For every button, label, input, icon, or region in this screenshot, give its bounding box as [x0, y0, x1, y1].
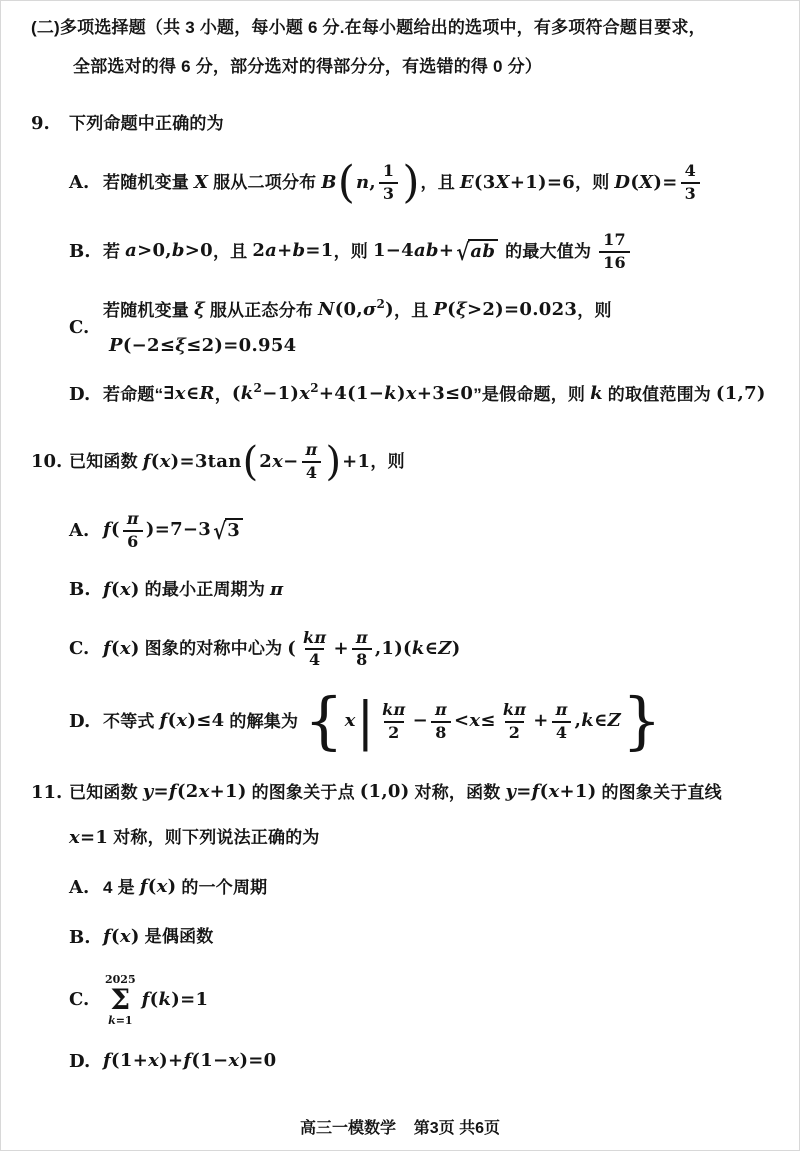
bracket-group: (2x−π4) [242, 439, 343, 484]
text-run: 若 [103, 239, 125, 265]
fraction-numerator: π [352, 629, 372, 648]
option-label: C. [69, 317, 103, 338]
math-run: kπ [303, 629, 326, 647]
text-run: 对称，函数 [410, 780, 506, 806]
option-content: f(x) 的最小正周期为 π [103, 577, 283, 603]
option-label: D. [69, 1051, 103, 1072]
option-content: f(1+x)+f(1−x)=0 [103, 1050, 276, 1073]
option-label: D. [69, 711, 103, 732]
math-run: )=7−3 [146, 519, 211, 542]
math-run: E(3X+1)=6 [460, 172, 575, 195]
question: 11.已知函数 y=f(2x+1) 的图象关于点 (1,0) 对称，函数 y=f… [31, 780, 787, 1073]
math-run: f(x) [103, 926, 140, 949]
math-run: 8 [356, 651, 367, 669]
math-run: + [333, 638, 348, 661]
math-run: 3 [227, 520, 240, 543]
text-run: ，则 [370, 449, 404, 475]
option-content: 4 是 f(x) 的一个周期 [103, 875, 267, 901]
math-run: <x≤ [454, 710, 496, 733]
math-run: 4 [309, 651, 320, 669]
fraction: π8 [431, 701, 451, 742]
open-bracket: ( [338, 164, 355, 201]
tall-bar: | [357, 700, 375, 744]
text-run: ，则 [577, 298, 611, 324]
option-row: C.若随机变量 ξ 服从正态分布 N(0,σ2)，且 P(ξ>2)=0.023，… [31, 298, 787, 358]
text-run: 对称，则下列说法正确的为 [108, 825, 319, 851]
option-row: B.f(x) 的最小正周期为 π [31, 577, 787, 603]
bracket-group: {x|kπ2−π8<x≤kπ2+π4,k∈Z} [303, 695, 662, 748]
text-run: 若命题“ [103, 382, 163, 408]
option-row: B.f(x) 是偶函数 [31, 924, 787, 950]
option-line: f(x) 图象的对称中心为 (kπ4+π8,1)(k∈Z) [103, 627, 461, 672]
math-run: ,1)(k∈Z) [375, 638, 461, 661]
superscript: 2 [310, 381, 319, 395]
question-number: 11. [31, 782, 69, 803]
question-stem-line: x=1 对称，则下列说法正确的为 [31, 825, 787, 851]
option-content: 若随机变量 X 服从二项分布 B(n,13)，且 E(3X+1)=6，则 D(X… [103, 160, 703, 205]
math-run: 4 [306, 464, 317, 482]
option-content: f(x) 图象的对称中心为 (kπ4+π8,1)(k∈Z) [103, 627, 461, 672]
option-line: f(x) 的最小正周期为 π [103, 577, 283, 603]
text-run: 服从正态分布 [205, 298, 318, 324]
option-label: D. [69, 384, 103, 405]
option-line: 4 是 f(x) 的一个周期 [103, 875, 267, 901]
math-run: ) [385, 299, 394, 322]
fraction: kπ4 [299, 629, 330, 670]
math-run: (1,0) [360, 781, 410, 804]
option-content: 若随机变量 ξ 服从正态分布 N(0,σ2)，且 P(ξ>2)=0.023，则P… [103, 298, 612, 358]
radical: √3 [213, 518, 243, 543]
math-run: 4 [556, 724, 567, 742]
math-run: 2 [509, 724, 520, 742]
option-line: f(1+x)+f(1−x)=0 [103, 1050, 276, 1073]
text-run: 的解集为 [224, 709, 303, 735]
math-run: x=1 [69, 827, 108, 850]
fraction: 43 [681, 162, 700, 203]
option-content: 2025Σk=1f(k)=1 [103, 974, 208, 1026]
math-run: π [270, 579, 283, 602]
math-run: + [533, 710, 548, 733]
exam-page: (二)多项选择题（共 3 小题，每小题 6 分.在每小题给出的选项中，有多项符合… [0, 0, 800, 1151]
fraction-denominator: 16 [599, 251, 630, 272]
superscript: 2 [377, 297, 386, 311]
close-bracket: ) [402, 164, 419, 201]
summation: 2025Σk=1 [105, 974, 136, 1026]
section-header-line1: (二)多项选择题（共 3 小题，每小题 6 分.在每小题给出的选项中，有多项符合… [31, 17, 787, 40]
text-run: 是偶函数 [140, 924, 214, 950]
question-number: 10. [31, 451, 69, 472]
text-run: ， [215, 382, 232, 408]
math-run: 1−4ab+ [373, 240, 454, 263]
math-run: f(x)≤4 [160, 710, 225, 733]
math-run: B [321, 172, 337, 195]
text-run: ”是假命题，则 [473, 382, 590, 408]
math-run: D(X)= [614, 172, 677, 195]
fraction-denominator: 2 [384, 721, 403, 742]
radical-sign-icon: √ [213, 517, 226, 545]
option-row: A.4 是 f(x) 的一个周期 [31, 875, 787, 901]
math-run: k [590, 383, 603, 406]
math-run: π [435, 701, 447, 719]
math-run: ,k∈Z [575, 710, 621, 733]
text-run: ，且 [394, 298, 433, 324]
close-bracket: } [622, 695, 661, 748]
math-run: f(x) [103, 638, 140, 661]
option-row: C.2025Σk=1f(k)=1 [31, 974, 787, 1026]
option-line: f(x) 是偶函数 [103, 924, 213, 950]
fraction-numerator: π [431, 701, 451, 720]
math-run: f(x)=3tan [143, 451, 242, 474]
bracket-group: (n,13) [337, 160, 421, 205]
text-run: ，则 [334, 239, 373, 265]
math-run: f(x) [140, 876, 177, 899]
section-header: (二)多项选择题（共 3 小题，每小题 6 分.在每小题给出的选项中，有多项符合… [31, 17, 787, 79]
option-row: C.f(x) 图象的对称中心为 (kπ4+π8,1)(k∈Z) [31, 627, 787, 672]
option-label: A. [69, 172, 103, 193]
math-run: 1 [383, 162, 394, 180]
fraction-denominator: 3 [379, 182, 398, 203]
option-row: A.f(π6)=7−3√3 [31, 508, 787, 553]
math-run: f(x) [103, 579, 140, 602]
math-run: a>0,b>0 [125, 240, 213, 263]
math-run: X [194, 172, 208, 195]
fraction: π8 [352, 629, 372, 670]
option-line: 2025Σk=1f(k)=1 [103, 974, 208, 1026]
math-run: −1)x [262, 383, 310, 406]
math-run: π [127, 510, 139, 528]
option-line: 若命题“∃x∈R，(k2−1)x2+4(1−k)x+3≤0”是假命题，则 k 的… [103, 382, 766, 408]
text-run: 的图象关于点 [247, 780, 360, 806]
fraction: kπ2 [499, 701, 530, 742]
math-run: 3 [685, 185, 696, 203]
radicand: ab [468, 239, 498, 264]
math-run: ab [470, 241, 495, 264]
option-row: A.若随机变量 X 服从二项分布 B(n,13)，且 E(3X+1)=6，则 D… [31, 160, 787, 205]
option-label: C. [69, 638, 103, 659]
option-label: C. [69, 989, 103, 1010]
text-run: 的取值范围为 [603, 382, 716, 408]
math-run: y=f(2x+1) [143, 781, 247, 804]
option-line: f(π6)=7−3√3 [103, 508, 245, 553]
math-run: x [345, 710, 356, 733]
bracket-content: x|kπ2−π8<x≤kπ2+π4,k∈Z [345, 699, 621, 744]
math-run: P(−2≤ξ≤2)=0.954 [109, 335, 297, 358]
fraction-denominator: 4 [305, 648, 324, 669]
question-stem-line: 10.已知函数 f(x)=3tan(2x−π4)+1，则 [31, 439, 787, 484]
option-label: B. [69, 579, 103, 600]
option-line: 若 a>0,b>0，且 2a+b=1，则 1−4ab+√ab 的最大值为 171… [103, 229, 633, 274]
math-run: P(ξ>2)=0.023 [433, 299, 577, 322]
summation-lower-limit: k=1 [108, 1015, 133, 1026]
text-run: ，则 [575, 170, 614, 196]
sigma-icon: Σ [110, 986, 130, 1014]
option-content: 若 a>0,b>0，且 2a+b=1，则 1−4ab+√ab 的最大值为 171… [103, 229, 633, 274]
math-run: +1 [342, 451, 370, 474]
fraction-numerator: kπ [299, 629, 330, 648]
math-run: 6 [127, 533, 138, 551]
math-run: y=f(x+1) [505, 781, 596, 804]
math-run: kπ [503, 701, 526, 719]
math-run: ∃x∈R [163, 383, 214, 406]
fraction: π6 [123, 510, 143, 551]
math-run: 17 [603, 231, 626, 249]
math-run: 2a+b=1 [252, 240, 333, 263]
superscript: 2 [254, 381, 263, 395]
fraction-numerator: π [302, 441, 322, 460]
fraction: 13 [379, 162, 398, 203]
option-content: f(x) 是偶函数 [103, 924, 213, 950]
math-run: n, [356, 172, 376, 195]
fraction-numerator: π [123, 510, 143, 529]
option-content: 若命题“∃x∈R，(k2−1)x2+4(1−k)x+3≤0”是假命题，则 k 的… [103, 382, 766, 408]
open-bracket: { [304, 695, 343, 748]
math-run: 16 [603, 254, 626, 272]
question: 9.下列命题中正确的为A.若随机变量 X 服从二项分布 B(n,13)，且 E(… [31, 111, 787, 408]
text-run: 的最小正周期为 [140, 577, 270, 603]
page-footer: 高三一模数学 第3页 共6页 [1, 1115, 799, 1138]
fraction-numerator: 1 [379, 162, 398, 181]
option-line: 若随机变量 ξ 服从正态分布 N(0,σ2)，且 P(ξ>2)=0.023，则 [103, 298, 612, 324]
text-run: 的最大值为 [500, 239, 596, 265]
option-label: A. [69, 520, 103, 541]
fraction: kπ2 [378, 701, 409, 742]
text-run: 下列命题中正确的为 [69, 111, 224, 137]
math-run: +4(1−k)x+3≤0 [319, 383, 473, 406]
math-run: f(1+x)+f(1−x)=0 [103, 1050, 276, 1073]
math-run: f(k)=1 [142, 989, 209, 1012]
fraction-denominator: 3 [681, 182, 700, 203]
bracket-content: n,13 [356, 160, 401, 205]
math-run: 2x− [259, 451, 298, 474]
math-run: 4 [685, 162, 696, 180]
option-row: B.若 a>0,b>0，且 2a+b=1，则 1−4ab+√ab 的最大值为 1… [31, 229, 787, 274]
math-run: π [306, 441, 318, 459]
fraction-denominator: 4 [552, 721, 571, 742]
text-run: 服从二项分布 [208, 170, 321, 196]
text-run: ，且 [213, 239, 252, 265]
math-run: f( [103, 519, 120, 542]
text-run: ，且 [421, 170, 460, 196]
bracket-content: 2x−π4 [259, 439, 324, 484]
math-run: 3 [383, 185, 394, 203]
math-run: − [413, 710, 428, 733]
math-run: π [356, 629, 368, 647]
questions: 9.下列命题中正确的为A.若随机变量 X 服从二项分布 B(n,13)，且 E(… [31, 111, 787, 1073]
math-run: (1,7) [716, 383, 766, 406]
fraction-numerator: kπ [378, 701, 409, 720]
fraction-denominator: 4 [302, 461, 321, 482]
option-row: D.f(1+x)+f(1−x)=0 [31, 1050, 787, 1073]
text-run: 的图象关于直线 [597, 780, 722, 806]
radical: √ab [456, 239, 498, 264]
section-header-line2: 全部选对的得 6 分，部分选对的得部分分，有选错的得 0 分） [31, 56, 787, 79]
math-run: ξ [194, 299, 205, 322]
fraction-denominator: 6 [123, 530, 142, 551]
fraction-denominator: 8 [352, 648, 371, 669]
question-number: 9. [31, 113, 69, 134]
text-run: 图象的对称中心为 [140, 636, 287, 662]
text-run: 已知函数 [69, 780, 143, 806]
fraction-numerator: kπ [499, 701, 530, 720]
math-run: ( [287, 638, 296, 661]
fraction-denominator: 2 [505, 721, 524, 742]
option-content: f(π6)=7−3√3 [103, 508, 245, 553]
radical-sign-icon: √ [456, 237, 469, 265]
option-label: B. [69, 927, 103, 948]
text-run: 若随机变量 [103, 170, 194, 196]
option-content: 不等式 f(x)≤4 的解集为 {x|kπ2−π8<x≤kπ2+π4,k∈Z} [103, 695, 663, 748]
math-run: π [556, 701, 568, 719]
option-line: 若随机变量 X 服从二项分布 B(n,13)，且 E(3X+1)=6，则 D(X… [103, 160, 703, 205]
question-stem-line: 9.下列命题中正确的为 [31, 111, 787, 137]
radicand: 3 [225, 518, 243, 543]
math-run: (k [232, 383, 254, 406]
close-bracket: ) [326, 445, 342, 479]
question-stem-line: 11.已知函数 y=f(2x+1) 的图象关于点 (1,0) 对称，函数 y=f… [31, 780, 787, 806]
fraction: 1716 [599, 231, 630, 272]
open-bracket: ( [243, 445, 259, 479]
question: 10.已知函数 f(x)=3tan(2x−π4)+1，则A.f(π6)=7−3√… [31, 439, 787, 748]
fraction-numerator: π [552, 701, 572, 720]
option-row: D.若命题“∃x∈R，(k2−1)x2+4(1−k)x+3≤0”是假命题，则 k… [31, 382, 787, 408]
math-run: 8 [435, 724, 446, 742]
math-run: 2 [388, 724, 399, 742]
fraction: π4 [552, 701, 572, 742]
option-line: 不等式 f(x)≤4 的解集为 {x|kπ2−π8<x≤kπ2+π4,k∈Z} [103, 695, 663, 748]
math-run: N(0,σ [318, 299, 377, 322]
text-run: 4 是 [103, 875, 140, 901]
text-run: 不等式 [103, 709, 160, 735]
fraction: π4 [302, 441, 322, 482]
text-run: 的一个周期 [176, 875, 267, 901]
fraction-numerator: 4 [681, 162, 700, 181]
fraction-denominator: 8 [431, 721, 450, 742]
math-run: kπ [382, 701, 405, 719]
text-run: 已知函数 [69, 449, 143, 475]
option-label: B. [69, 241, 103, 262]
fraction-numerator: 17 [599, 231, 630, 250]
option-line: P(−2≤ξ≤2)=0.954 [103, 335, 612, 358]
text-run: 若随机变量 [103, 298, 194, 324]
option-label: A. [69, 877, 103, 898]
option-row: D.不等式 f(x)≤4 的解集为 {x|kπ2−π8<x≤kπ2+π4,k∈Z… [31, 695, 787, 748]
